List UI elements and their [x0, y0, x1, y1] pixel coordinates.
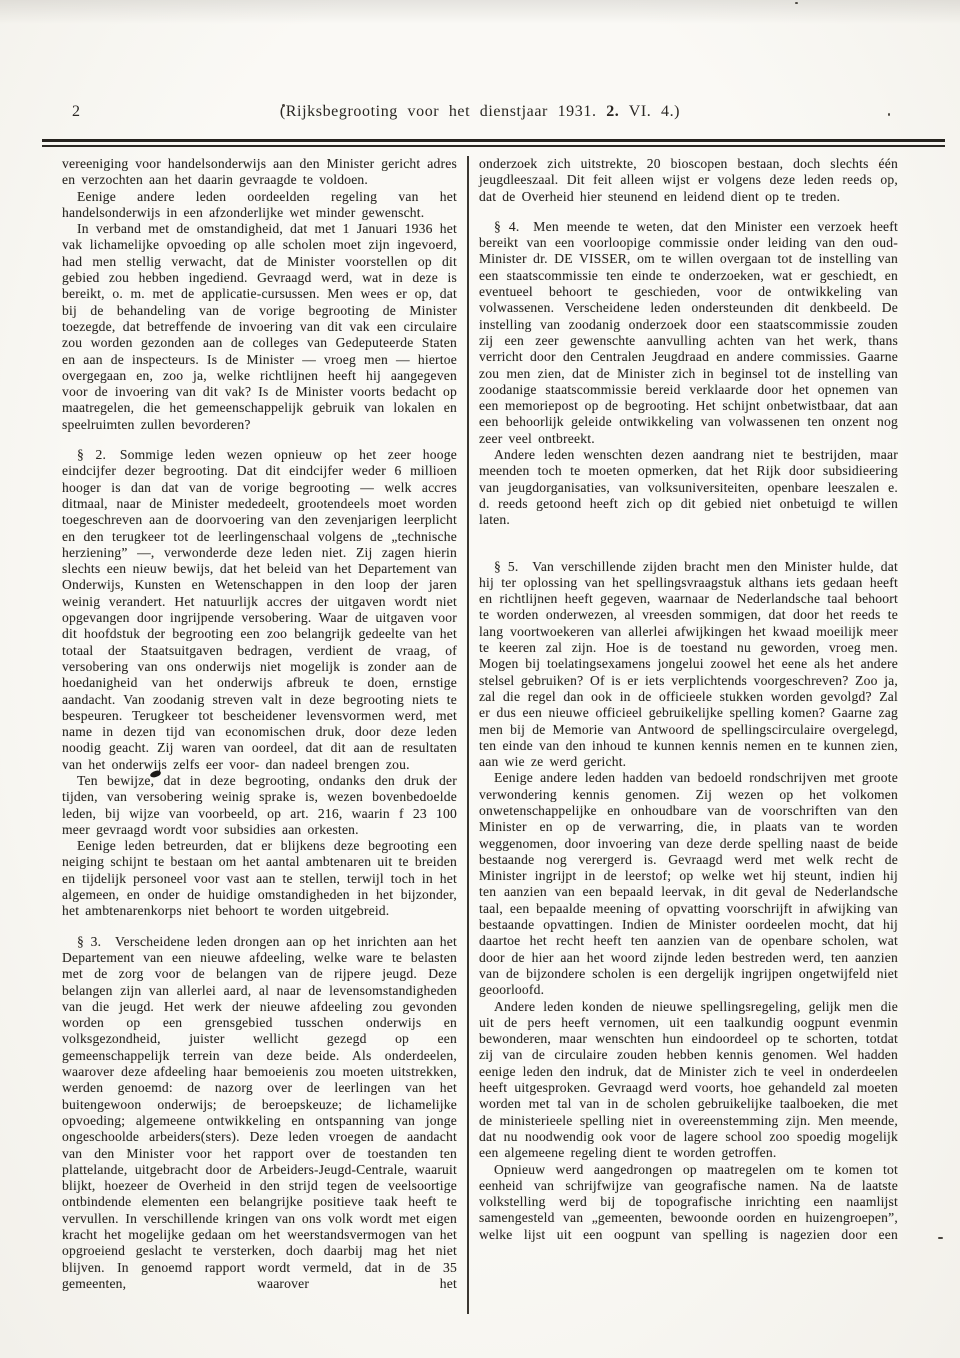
running-title-chapter: 2. [606, 103, 619, 120]
paragraph: Andere leden konden de nieuwe spellingsr… [479, 999, 898, 1162]
paragraph: § 2. Sommige leden wezen opnieuw op het … [62, 447, 457, 773]
right-column: onderzoek zich uitstrekte, 20 bioscopen … [479, 156, 898, 1243]
paragraph: Andere leden wenschten dezen aandrang ni… [479, 447, 898, 528]
document-page: 2 (Rijksbegrooting voor het dienstjaar 1… [0, 0, 960, 1358]
paragraph: onderzoek zich uitstrekte, 20 bioscopen … [479, 156, 898, 205]
scan-speck [282, 104, 285, 107]
paragraph: Eenige andere leden hadden van bedoeld r… [479, 770, 898, 998]
running-title-prefix: (Rijksbegrooting voor het dienstjaar 193… [280, 103, 597, 120]
paragraph: Eenige leden betreurden, dat er blijkens… [62, 838, 457, 919]
running-title-suffix: VI. 4.) [629, 103, 680, 120]
scan-speck [795, 2, 798, 4]
scan-speck [888, 113, 890, 116]
left-column: vereeniging voor handelsonderwijs aan de… [62, 156, 457, 1292]
paragraph: Eenige andere leden oordeelden regeling … [62, 189, 457, 222]
paragraph: Opnieuw werd aangedrongen op maatregelen… [479, 1162, 898, 1243]
paragraph: In verband met de omstandigheid, dat met… [62, 221, 457, 433]
paragraph: vereeniging voor handelsonderwijs aan de… [62, 156, 457, 189]
scan-shading [0, 0, 960, 24]
paragraph: Ten bewijze, dat in deze begrooting, ond… [62, 773, 457, 838]
paragraph: § 3. Verscheidene leden drongen aan op h… [62, 934, 457, 1293]
paragraph: § 5. Van verschillende zijden bracht men… [479, 559, 898, 771]
paragraph: § 4. Men meende te weten, dat den Minist… [479, 219, 898, 447]
column-divider [467, 156, 469, 1314]
scan-speck [938, 1237, 943, 1239]
text-columns: vereeniging voor handelsonderwijs aan de… [62, 156, 898, 1314]
header-rule [42, 139, 945, 147]
running-title: (Rijksbegrooting voor het dienstjaar 193… [0, 103, 960, 121]
